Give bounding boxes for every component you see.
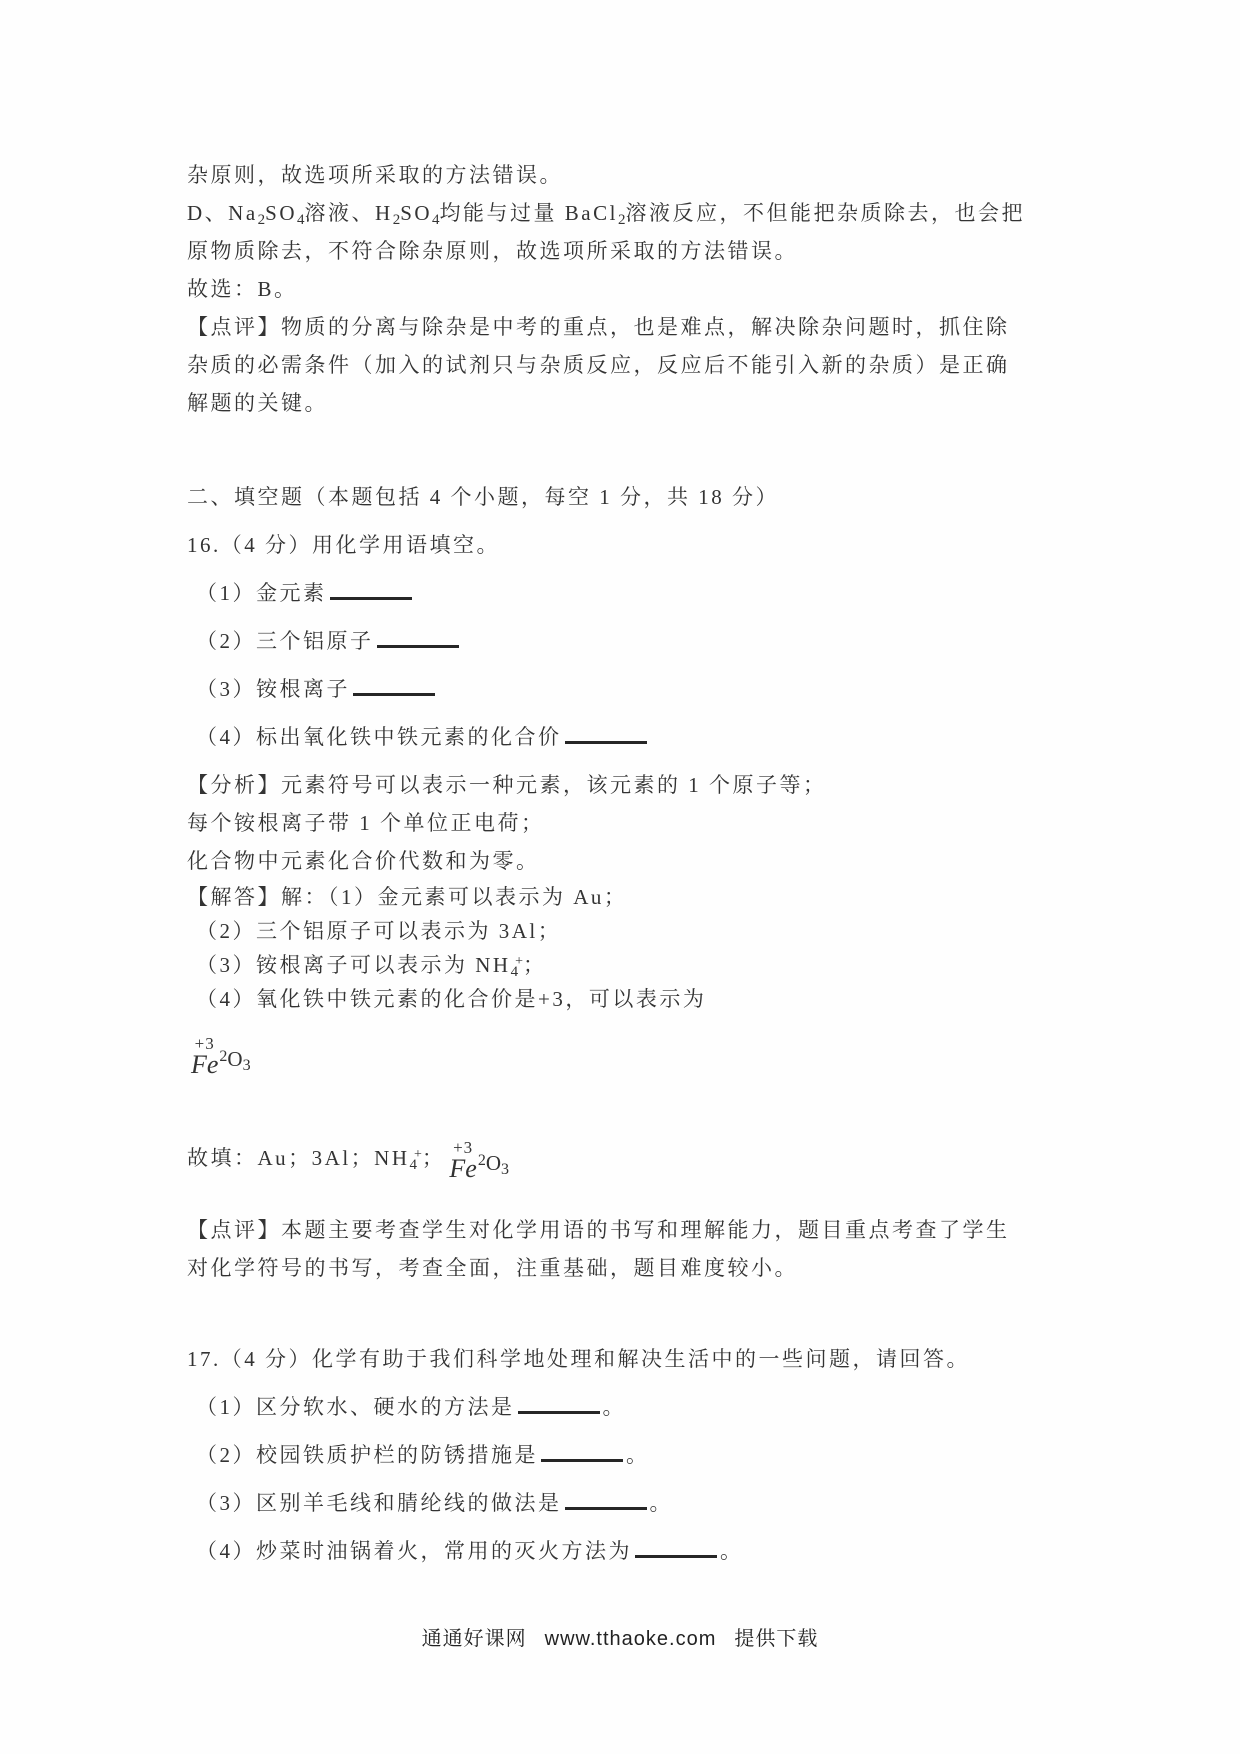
q16-fill-answer: 故填：Au；3Al；NH4+；+3Fe2O3 [187, 1135, 1048, 1181]
q15-option-analysis-continued: 杂原则，故选项所采取的方法错误。D、Na2SO4溶液、H2SO4均能与过量 Ba… [187, 156, 1048, 422]
text-run: 。 [603, 1395, 627, 1419]
answer-blank [565, 1487, 647, 1510]
text-line: （3）区别羊毛线和腈纶线的做法是。 [187, 1479, 1048, 1527]
text-line: 【解答】解：（1）金元素可以表示为 Au； [187, 880, 1048, 914]
footer-url: www.tthaoke.com [545, 1628, 717, 1650]
answer-blank [330, 577, 412, 600]
text-run: 。 [650, 1491, 674, 1515]
q16-analysis: 【分析】元素符号可以表示一种元素，该元素的 1 个原子等；每个铵根离子带 1 个… [187, 766, 1048, 880]
section-2-heading: 二、填空题（本题包括 4 个小题，每空 1 分，共 18 分） [187, 473, 1048, 521]
q16-item-3: （3）铵根离子 [187, 665, 1048, 713]
text-run: 【分析】元素符号可以表示一种元素，该元素的 1 个原子等； [187, 773, 827, 797]
q17-item-4: （4）炒菜时油锅着火，常用的灭火方法为。 [187, 1527, 1048, 1575]
chem-subscript: 4 [432, 212, 440, 228]
text-line: （4）氧化铁中铁元素的化合价是+3，可以表示为 [187, 982, 1048, 1016]
text-run: （4）氧化铁中铁元素的化合价是+3，可以表示为 [196, 987, 706, 1011]
text-run: 故填：Au；3Al；NH [187, 1146, 410, 1170]
text-run: （3）区别羊毛线和腈纶线的做法是 [196, 1491, 562, 1515]
text-run: 17.（4 分）化学有助于我们科学地处理和解决生活中的一些问题，请回答。 [187, 1347, 970, 1371]
text-line: 16.（4 分）用化学用语填空。 [187, 521, 1048, 569]
text-run: ； [422, 1146, 446, 1170]
q16-answer: 【解答】解：（1）金元素可以表示为 Au；（2）三个铝原子可以表示为 3Al；（… [187, 880, 1048, 1016]
q16-item-4: （4）标出氧化铁中铁元素的化合价 [187, 713, 1048, 761]
text-run: SO [400, 201, 432, 225]
text-line: 解题的关键。 [187, 384, 1048, 422]
text-line: 对化学符号的书写，考查全面，注重基础，题目难度较小。 [187, 1249, 1048, 1287]
answer-blank [353, 673, 435, 696]
text-run: 解题的关键。 [187, 391, 328, 415]
chem-superscript: + [414, 1147, 422, 1162]
text-run: 对化学符号的书写，考查全面，注重基础，题目难度较小。 [187, 1256, 798, 1280]
q17-item-2: （2）校园铁质护栏的防锈措施是。 [187, 1431, 1048, 1479]
text-run: （3）铵根离子 [196, 677, 350, 701]
q16-item-1: （1）金元素 [187, 569, 1048, 617]
page-footer: 通通好课网www.tthaoke.com提供下载 [0, 1622, 1240, 1651]
text-line: +3Fe2O3 [187, 1026, 1048, 1082]
chem-subscript: 4 [297, 212, 305, 228]
text-line: 原物质除去，不符合除杂原则，故选项所采取的方法错误。 [187, 232, 1048, 270]
text-line: 【分析】元素符号可以表示一种元素，该元素的 1 个原子等； [187, 766, 1048, 804]
text-line: （1）金元素 [187, 569, 1048, 617]
text-run: 。 [626, 1443, 650, 1467]
element-symbol: O [486, 1153, 501, 1174]
text-line: 二、填空题（本题包括 4 个小题，每空 1 分，共 18 分） [187, 473, 1048, 521]
subscript-count: 2 [219, 1049, 227, 1065]
text-run: （4）标出氧化铁中铁元素的化合价 [196, 725, 562, 749]
q17-item-1: （1）区分软水、硬水的方法是。 [187, 1383, 1048, 1431]
text-run: 均能与过量 BaCl [440, 201, 618, 225]
text-run: （1）区分软水、硬水的方法是 [196, 1395, 515, 1419]
text-run: 杂原则，故选项所采取的方法错误。 [187, 163, 563, 187]
q17-lead: 17.（4 分）化学有助于我们科学地处理和解决生活中的一些问题，请回答。 [187, 1335, 1048, 1383]
text-line: 【点评】本题主要考查学生对化学用语的书写和理解能力，题目重点考查了学生 [187, 1211, 1048, 1249]
text-line: 杂质的必需条件（加入的试剂只与杂质反应，反应后不能引入新的杂质）是正确 [187, 346, 1048, 384]
text-line: （3）铵根离子可以表示为 NH4+； [187, 948, 1048, 982]
subscript-count: 3 [243, 1058, 251, 1074]
subscript-count: 2 [478, 1153, 486, 1169]
text-run: 【解答】解：（1）金元素可以表示为 Au； [187, 885, 627, 909]
element-symbol: Fe [449, 1156, 476, 1181]
text-line: （3）铵根离子 [187, 665, 1048, 713]
text-line: （4）标出氧化铁中铁元素的化合价 [187, 713, 1048, 761]
text-run: （4）炒菜时油锅着火，常用的灭火方法为 [196, 1539, 632, 1563]
text-line: （2）校园铁质护栏的防锈措施是。 [187, 1431, 1048, 1479]
exam-document-page: 杂原则，故选项所采取的方法错误。D、Na2SO4溶液、H2SO4均能与过量 Ba… [0, 0, 1240, 1754]
answer-blank [565, 721, 647, 744]
text-run: （2）校园铁质护栏的防锈措施是 [196, 1443, 538, 1467]
q16-item-2: （2）三个铝原子 [187, 617, 1048, 665]
text-run: ； [523, 953, 547, 977]
text-run: 原物质除去，不符合除杂原则，故选项所采取的方法错误。 [187, 239, 798, 263]
text-line: 每个铵根离子带 1 个单位正电荷； [187, 804, 1048, 842]
chem-superscript: + [515, 954, 523, 969]
q16-lead: 16.（4 分）用化学用语填空。 [187, 521, 1048, 569]
text-run: D、Na [187, 201, 258, 225]
q16-comment: 【点评】本题主要考查学生对化学用语的书写和理解能力，题目重点考查了学生对化学符号… [187, 1211, 1048, 1287]
text-run: 。 [720, 1539, 744, 1563]
document-content: 杂原则，故选项所采取的方法错误。D、Na2SO4溶液、H2SO4均能与过量 Ba… [187, 156, 1048, 1575]
text-run: 溶液、H [305, 201, 393, 225]
answer-blank [541, 1439, 623, 1462]
answer-blank [377, 625, 459, 648]
text-line: （2）三个铝原子可以表示为 3Al； [187, 914, 1048, 948]
text-run: SO [265, 201, 297, 225]
text-run: （2）三个铝原子 [196, 629, 374, 653]
text-run: 【点评】物质的分离与除杂是中考的重点，也是难点，解决除杂问题时，抓住除 [187, 315, 1010, 339]
text-line: 杂原则，故选项所采取的方法错误。 [187, 156, 1048, 194]
text-run: 故选：B。 [187, 277, 298, 301]
text-run: （3）铵根离子可以表示为 NH [196, 953, 511, 977]
subscript-count: 3 [501, 1162, 509, 1178]
charge-over-element: +3Fe [449, 1139, 476, 1181]
fe2o3-oxidation-formula: +3Fe2O3 [191, 1035, 251, 1077]
text-run: （2）三个铝原子可以表示为 3Al； [196, 919, 561, 943]
text-line: D、Na2SO4溶液、H2SO4均能与过量 BaCl2溶液反应，不但能把杂质除去… [187, 194, 1048, 232]
text-line: （2）三个铝原子 [187, 617, 1048, 665]
answer-blank [635, 1535, 717, 1558]
text-run: 溶液反应，不但能把杂质除去，也会把 [625, 201, 1025, 225]
text-line: （4）炒菜时油锅着火，常用的灭火方法为。 [187, 1527, 1048, 1575]
charge-over-element: +3Fe [191, 1035, 218, 1077]
text-line: 故选：B。 [187, 270, 1048, 308]
text-run: 化合物中元素化合价代数和为零。 [187, 849, 540, 873]
answer-blank [518, 1391, 600, 1414]
text-run: （1）金元素 [196, 581, 327, 605]
text-line: 17.（4 分）化学有助于我们科学地处理和解决生活中的一些问题，请回答。 [187, 1335, 1048, 1383]
fe2o3-formula-display: +3Fe2O3 [187, 1026, 1048, 1082]
q17-item-3: （3）区别羊毛线和腈纶线的做法是。 [187, 1479, 1048, 1527]
text-run: 杂质的必需条件（加入的试剂只与杂质反应，反应后不能引入新的杂质）是正确 [187, 353, 1010, 377]
text-line: 化合物中元素化合价代数和为零。 [187, 842, 1048, 880]
text-line: （1）区分软水、硬水的方法是。 [187, 1383, 1048, 1431]
fe2o3-oxidation-formula: +3Fe2O3 [449, 1139, 509, 1181]
footer-site-name: 通通好课网 [422, 1628, 527, 1650]
text-line: 【点评】物质的分离与除杂是中考的重点，也是难点，解决除杂问题时，抓住除 [187, 308, 1048, 346]
text-run: 【点评】本题主要考查学生对化学用语的书写和理解能力，题目重点考查了学生 [187, 1218, 1010, 1242]
text-line: 故填：Au；3Al；NH4+；+3Fe2O3 [187, 1135, 1048, 1181]
footer-note: 提供下载 [734, 1628, 818, 1650]
text-run: 每个铵根离子带 1 个单位正电荷； [187, 811, 545, 835]
element-symbol: O [227, 1049, 242, 1070]
text-run: 二、填空题（本题包括 4 个小题，每空 1 分，共 18 分） [187, 485, 779, 509]
text-run: 16.（4 分）用化学用语填空。 [187, 533, 500, 557]
element-symbol: Fe [191, 1052, 218, 1077]
